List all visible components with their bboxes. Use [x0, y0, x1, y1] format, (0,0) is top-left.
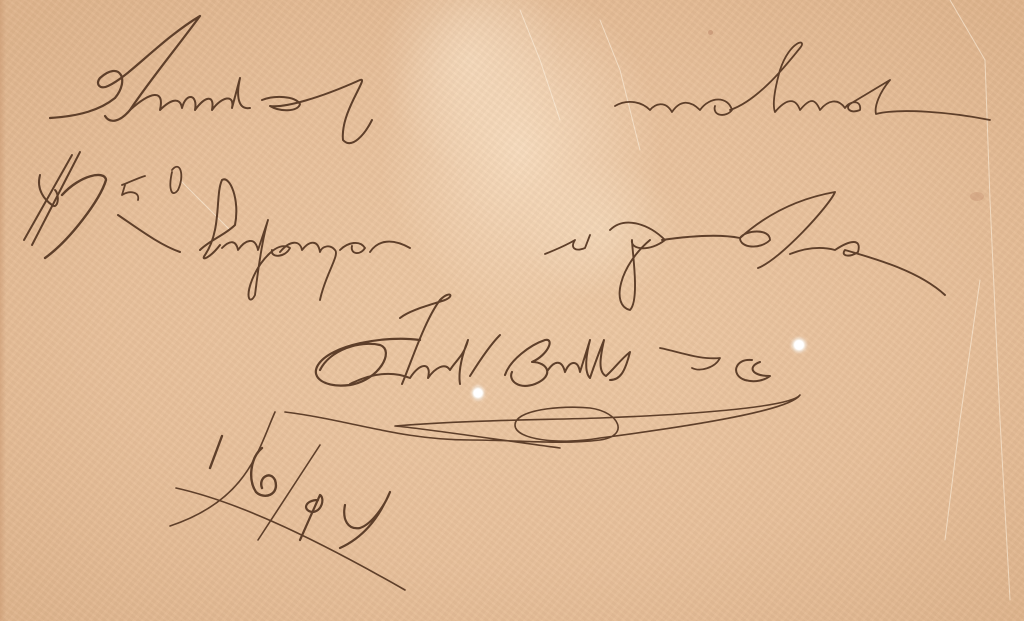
receipt-card: Thanks for your check $7.50 in payment o…	[0, 0, 1024, 621]
date-handwriting	[0, 0, 1024, 621]
